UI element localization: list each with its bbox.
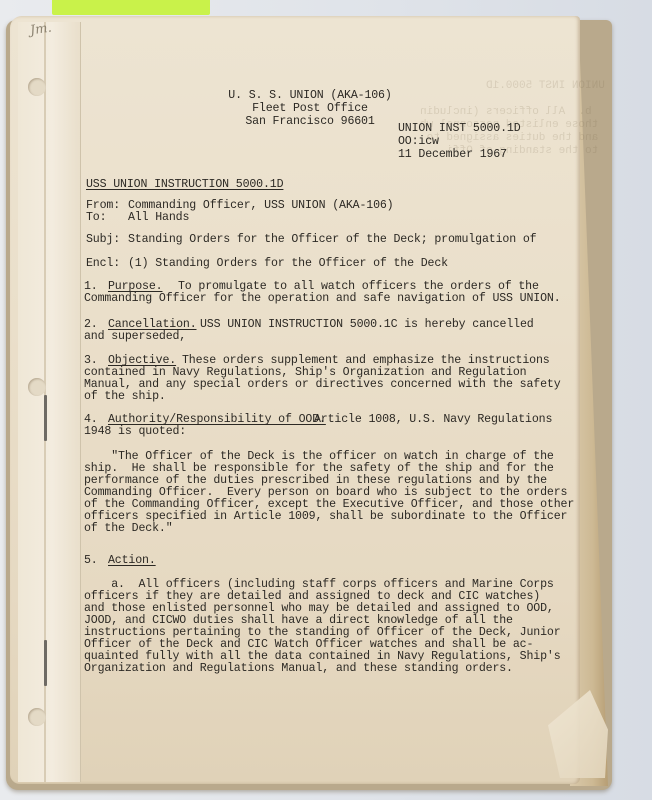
section-4-line: Article 1008, U.S. Navy Regulations (314, 413, 552, 426)
section-5-line: Organization and Regulations Manual, and… (84, 662, 513, 675)
reference-date: 11 December 1967 (398, 148, 507, 161)
document-text: U. S. S. UNION (AKA-106) Fleet Post Offi… (0, 0, 652, 800)
subject-label: Subj: (86, 233, 120, 246)
reference-code: OO:icw (398, 135, 439, 148)
document-title: USS UNION INSTRUCTION 5000.1D (86, 178, 283, 191)
section-5-heading: Action. (108, 554, 156, 567)
section-4-line: 1948 is quoted: (84, 425, 186, 438)
enclosure-value: (1) Standing Orders for the Officer of t… (128, 257, 448, 270)
quote-line: of the Deck." (84, 522, 173, 535)
section-2-line: and superseded, (84, 330, 186, 343)
reference-instruction-id: UNION INST 5000.1D (398, 122, 521, 135)
section-1-line: Commanding Officer for the operation and… (84, 292, 561, 305)
section-5-number: 5. (84, 554, 98, 567)
section-3-line: of the ship. (84, 390, 166, 403)
header-address-line2: San Francisco 96601 (210, 115, 410, 128)
to-value: All Hands (128, 211, 189, 224)
to-label: To: (86, 211, 106, 224)
section-2-line: USS UNION INSTRUCTION 5000.1C is hereby … (200, 318, 534, 331)
header-address-line1: Fleet Post Office (210, 102, 410, 115)
subject-value: Standing Orders for the Officer of the D… (128, 233, 536, 246)
enclosure-label: Encl: (86, 257, 120, 270)
header-ship: U. S. S. UNION (AKA-106) (210, 89, 410, 102)
